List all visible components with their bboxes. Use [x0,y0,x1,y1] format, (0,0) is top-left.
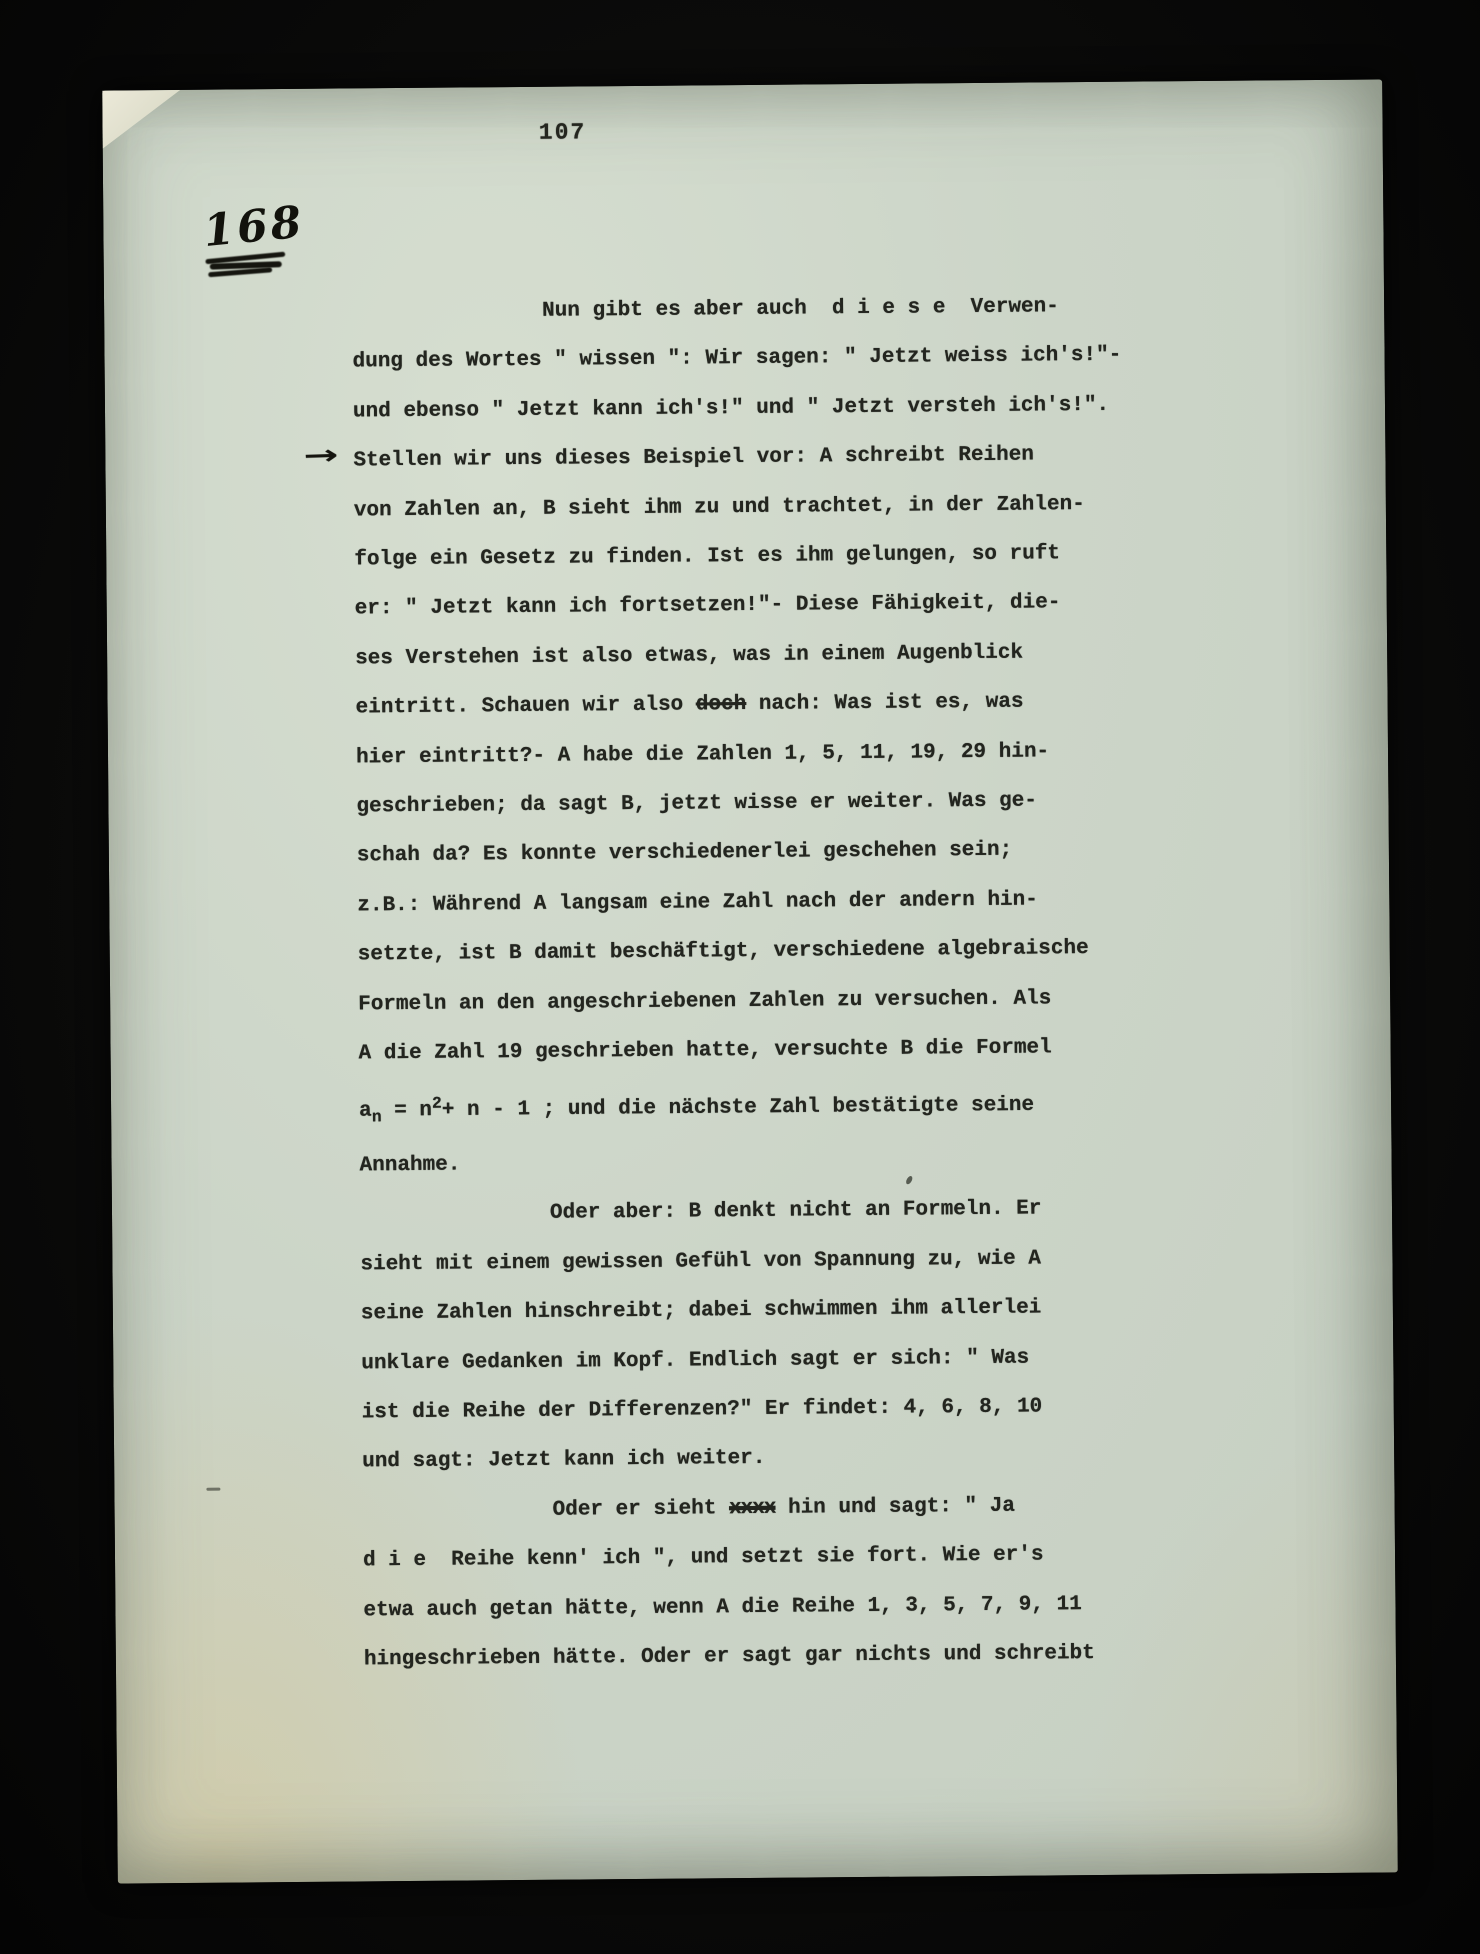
document-page: 107 168 → Nun gibt es aber auch d i e s … [102,79,1398,1883]
page-number: 107 [502,119,622,146]
typed-line: Oder er sieht xxxx hin und sagt: " Ja [362,1480,1162,1536]
typed-line: und ebenso " Jetzt kann ich's!" und " Je… [353,380,1153,436]
crossed-out-scribble [205,250,288,279]
typed-line: hier eintritt?- A habe die Zahlen 1, 5, … [356,726,1156,782]
margin-arrow-icon: → [302,440,339,472]
typed-line: an = n2+ n - 1 ; und die nächste Zahl be… [359,1072,1160,1141]
typed-line: unklare Gedanken im Kopf. Endlich sagt e… [361,1332,1161,1388]
typed-line: Formeln an den angeschriebenen Zahlen zu… [358,973,1158,1029]
ink-speck [206,1488,220,1491]
typed-line: Oder aber: B denkt nicht an Formeln. Er [360,1184,1160,1240]
typed-line: sieht mit einem gewissen Gefühl von Span… [360,1233,1160,1289]
handwritten-page-number: 168 [201,197,306,257]
typed-line: und sagt: Jetzt kann ich weiter. [362,1431,1162,1487]
typed-line: dung des Wortes " wissen ": Wir sagen: "… [352,331,1152,387]
typed-lines: Nun gibt es aber auch d i e s e Verwen-d… [352,281,1164,1684]
typed-line: ses Verstehen ist also etwas, was in ein… [355,627,1155,683]
typed-line: von Zahlen an, B sieht ihm zu und tracht… [354,479,1154,535]
typed-line: folge ein Gesetz zu finden. Ist es ihm g… [354,528,1154,584]
typed-line: A die Zahl 19 geschrieben hatte, versuch… [358,1023,1158,1079]
typed-line: geschrieben; da sagt B, jetzt wisse er w… [356,776,1156,832]
typed-line: seine Zahlen hinschreibt; dabei schwimme… [361,1283,1161,1339]
typed-line: Annahme. [359,1134,1159,1190]
typed-line: Stellen wir uns dieses Beispiel vor: A s… [353,430,1153,486]
corner-fold [102,90,181,149]
typed-line: setzte, ist B damit beschäftigt, verschi… [358,924,1158,980]
typed-line: Nun gibt es aber auch d i e s e Verwen- [352,281,1152,337]
typed-line: d i e Reihe kenn' ich ", und setzt sie f… [363,1530,1163,1586]
scan-background: 107 168 → Nun gibt es aber auch d i e s … [0,0,1480,1954]
typed-line: er: " Jetzt kann ich fortsetzen!"- Diese… [355,578,1155,634]
typed-line: eintritt. Schauen wir also doch nach: Wa… [355,677,1155,733]
typed-line: schah da? Es konnte verschiedenerlei ges… [357,825,1157,881]
typed-line: etwa auch getan hätte, wenn A die Reihe … [363,1579,1163,1635]
typed-line: ist die Reihe der Differenzen?" Er finde… [362,1381,1162,1437]
typed-line: z.B.: Während A langsam eine Zahl nach d… [357,874,1157,930]
typed-line: hingeschrieben hätte. Oder er sagt gar n… [364,1628,1164,1684]
